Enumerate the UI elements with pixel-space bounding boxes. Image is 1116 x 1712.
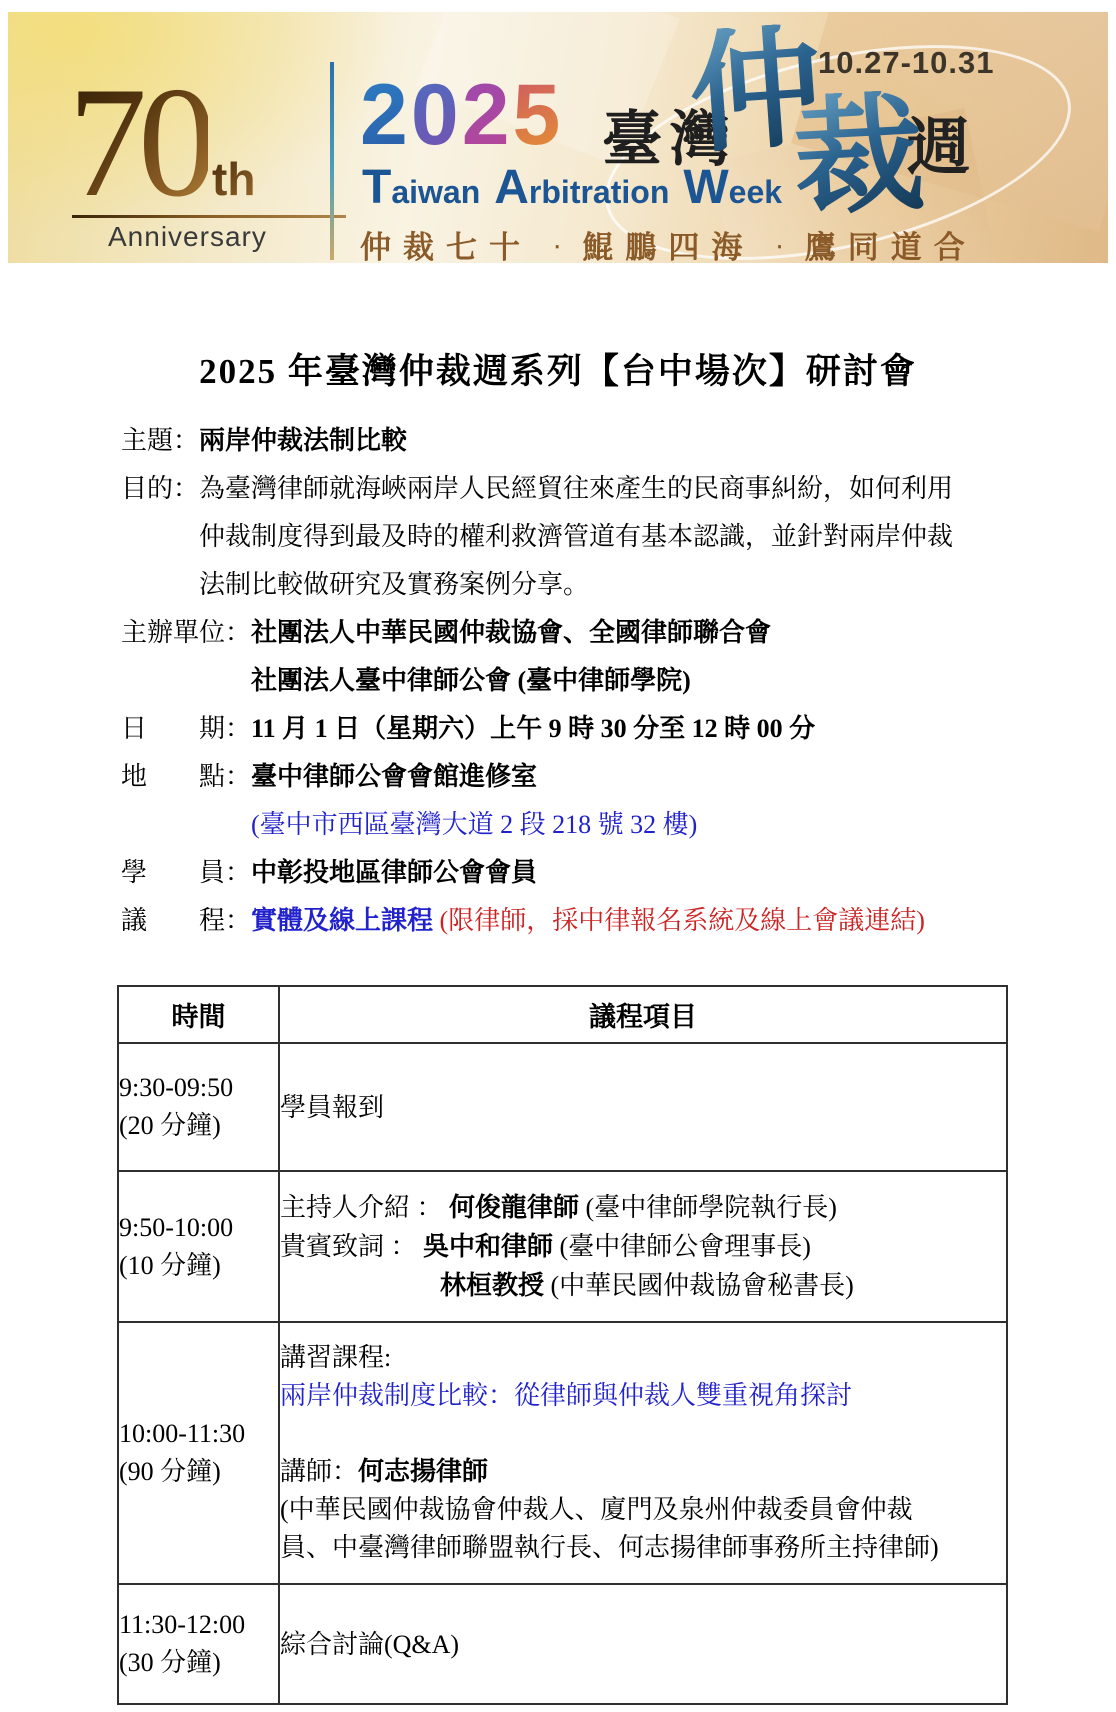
title-en-word: Taiwan — [362, 174, 480, 210]
row1-time: 9:30-09:50 (20 分鐘) — [118, 1043, 279, 1171]
anniversary-label: Anniversary — [108, 221, 267, 253]
row2-time-range: 9:50-10:00 — [119, 1209, 278, 1247]
slogan-separator: ‧ — [754, 237, 804, 259]
info-purpose: 目的：為臺灣律師就海峽兩岸人民經貿往來產生的民商事糾紛，如何利用 — [121, 465, 1041, 513]
year-digit: 2 — [462, 67, 513, 163]
page-title: 2025 年臺灣仲裁週系列【台中場次】研討會 — [0, 344, 1116, 394]
seminar-info: 主題：兩岸仲裁法制比較 目的：為臺灣律師就海峽兩岸人民經貿往來產生的民商事糾紛，… — [121, 417, 1041, 945]
table-row: 11:30-12:00 (30 分鐘) 綜合討論(Q&A) — [118, 1584, 1007, 1704]
info-venue: 地 點：臺中律師公會會館進修室 — [121, 753, 1041, 801]
anniversary-number: 70 — [68, 55, 208, 230]
row3-time: 10:00-11:30 (90 分鐘) — [118, 1322, 279, 1584]
row1-time-range: 9:30-09:50 — [119, 1069, 278, 1107]
info-purpose-line3: 法制比較做研究及實務案例分享。 — [121, 561, 1041, 609]
slogan-part: 鷹同道合 — [805, 230, 977, 263]
row1-item: 學員報到 — [279, 1043, 1007, 1171]
row2-line2: 貴賓致詞 ： 吳中和律師 (臺中律師公會理事長) — [280, 1227, 1006, 1266]
anniversary-underline — [72, 215, 346, 218]
info-purpose-label: 目的： — [121, 474, 199, 503]
row3-course-label: 講習課程: — [280, 1339, 1006, 1377]
row4-item: 綜合討論(Q&A) — [279, 1584, 1007, 1704]
moderator-name: 何俊龍律師 — [449, 1193, 579, 1222]
event-banner: 70th Anniversary 2025 臺灣 仲 裁 週 10.27-10.… — [8, 12, 1108, 263]
info-date: 日 期：11 月 1 日（星期六）上午 9 時 30 分至 12 時 00 分 — [121, 705, 1041, 753]
info-topic-value: 兩岸仲裁法制比較 — [199, 426, 407, 455]
info-attendees-label: 學 員： — [121, 858, 251, 887]
info-topic-label: 主題： — [121, 426, 199, 455]
slogan-part: 仲裁七十 — [360, 230, 532, 263]
row3-lecturer-line: 講師：何志揚律師 — [280, 1453, 1006, 1491]
title-en-word: Arbitration — [494, 174, 669, 210]
info-agenda-note: (限律師，採中律報名系統及線上會議連結) — [433, 906, 925, 935]
info-venue-value: 臺中律師公會會館進修室 — [251, 762, 537, 791]
row2-time: 9:50-10:00 (10 分鐘) — [118, 1171, 279, 1322]
row3-item: 講習課程: 兩岸仲裁制度比較：從律師與仲裁人雙重視角探討 講師：何志揚律師 (中… — [279, 1322, 1007, 1584]
row2-item: 主持人介紹 ： 何俊龍律師 (臺中律師學院執行長) 貴賓致詞 ： 吳中和律師 (… — [279, 1171, 1007, 1322]
row4-time: 11:30-12:00 (30 分鐘) — [118, 1584, 279, 1704]
table-row: 9:50-10:00 (10 分鐘) 主持人介紹 ： 何俊龍律師 (臺中律師學院… — [118, 1171, 1007, 1322]
anniversary-70th-logo: 70th — [68, 64, 255, 222]
info-agenda-label: 議 程： — [121, 906, 251, 935]
banner-divider-line — [330, 62, 334, 260]
guest-name-2: 林桓教授 — [440, 1271, 544, 1300]
info-attendees: 學 員：中彰投地區律師公會會員 — [121, 849, 1041, 897]
row3-lecturer-bio-line2: 員、中臺灣律師聯盟執行長、何志揚律師事務所主持律師) — [280, 1529, 1006, 1567]
info-organizer-label: 主辦單位： — [121, 618, 251, 647]
info-venue-address: (臺中市西區臺灣大道 2 段 218 號 32 樓) — [121, 801, 1041, 849]
info-agenda-value: 實體及線上課程 — [251, 906, 433, 935]
row2-line1: 主持人介紹 ： 何俊龍律師 (臺中律師學院執行長) — [280, 1188, 1006, 1227]
year-2025: 2025 — [360, 72, 563, 158]
info-date-label: 日 期： — [121, 714, 251, 743]
slogan-separator: ‧ — [532, 237, 582, 259]
row2-line3: 林桓教授 (中華民國仲裁協會秘書長) — [280, 1266, 1006, 1305]
agenda-table: 時間 議程項目 9:30-09:50 (20 分鐘) 學員報到 9:50-10:… — [117, 985, 1008, 1705]
row3-time-range: 10:00-11:30 — [119, 1415, 278, 1453]
table-row: 9:30-09:50 (20 分鐘) 學員報到 — [118, 1043, 1007, 1171]
info-venue-label: 地 點： — [121, 762, 251, 791]
info-organizer-line1: 社團法人中華民國仲裁協會、全國律師聯合會 — [251, 618, 771, 647]
row3-time-duration: (90 分鐘) — [119, 1453, 278, 1491]
table-header-row: 時間 議程項目 — [118, 986, 1007, 1043]
title-en-word: Week — [683, 174, 782, 210]
row4-time-duration: (30 分鐘) — [119, 1644, 278, 1682]
table-row: 10:00-11:30 (90 分鐘) 講習課程: 兩岸仲裁制度比較：從律師與仲… — [118, 1322, 1007, 1584]
title-en: TaiwanArbitrationWeek — [362, 160, 796, 215]
row3-spacer — [280, 1415, 1006, 1453]
title-zh-week-char: 週 — [907, 97, 970, 188]
row1-time-duration: (20 分鐘) — [119, 1107, 278, 1145]
info-agenda: 議 程：實體及線上課程 (限律師，採中律報名系統及線上會議連結) — [121, 897, 1041, 945]
slogan-part: 鯤鵬四海 — [582, 230, 754, 263]
year-digit: 5 — [513, 67, 564, 163]
row3-lecturer-bio-line1: (中華民國仲裁協會仲裁人、廈門及泉州仲裁委員會仲裁 — [280, 1491, 1006, 1529]
info-purpose-line1: 為臺灣律師就海峽兩岸人民經貿往來產生的民商事糾紛，如何利用 — [199, 474, 953, 503]
table-header-time: 時間 — [118, 986, 279, 1043]
flyer-page: 70th Anniversary 2025 臺灣 仲 裁 週 10.27-10.… — [0, 0, 1116, 1712]
banner-slogan: 仲裁七十‧鯤鵬四海‧鷹同道合 — [360, 222, 977, 263]
row3-lecture-title: 兩岸仲裁制度比較：從律師與仲裁人雙重視角探討 — [280, 1377, 1006, 1415]
info-purpose-line2: 仲裁制度得到最及時的權利救濟管道有基本認識，並針對兩岸仲裁 — [121, 513, 1041, 561]
event-dates: 10.27-10.31 — [818, 45, 994, 81]
row4-time-range: 11:30-12:00 — [119, 1606, 278, 1644]
info-organizer-line2: 社團法人臺中律師公會 (臺中律師學院) — [121, 657, 1041, 705]
year-digit: 0 — [411, 67, 462, 163]
info-topic: 主題：兩岸仲裁法制比較 — [121, 417, 1041, 465]
anniversary-suffix: th — [212, 153, 255, 205]
info-attendees-value: 中彰投地區律師公會會員 — [251, 858, 537, 887]
lecturer-name: 何志揚律師 — [358, 1457, 488, 1486]
info-organizer: 主辦單位：社團法人中華民國仲裁協會、全國律師聯合會 — [121, 609, 1041, 657]
table-header-agenda: 議程項目 — [279, 986, 1007, 1043]
guest-name-1: 吳中和律師 — [423, 1232, 553, 1261]
year-digit: 2 — [360, 67, 411, 163]
info-date-value: 11 月 1 日（星期六）上午 9 時 30 分至 12 時 00 分 — [251, 714, 815, 743]
row2-time-duration: (10 分鐘) — [119, 1247, 278, 1285]
